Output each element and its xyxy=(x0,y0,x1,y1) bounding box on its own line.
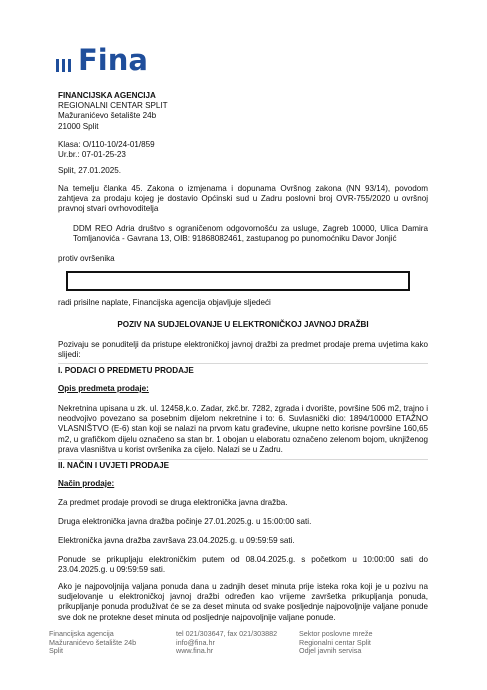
sender-unit: REGIONALNI CENTAR SPLIT xyxy=(58,101,168,111)
sale-paragraph-1: Za predmet prodaje provodi se druga elek… xyxy=(58,498,287,508)
redacted-debtor-box xyxy=(66,271,410,291)
creditor-paragraph: DDM REO Adria društvo s ograničenom odgo… xyxy=(73,224,428,244)
sender-street: Mažuranićevo šetalište 24b xyxy=(58,111,168,121)
purpose-text: radi prisilne naplate, Financijska agenc… xyxy=(58,298,271,308)
urbr: Ur.br.: 07-01-25-23 xyxy=(58,150,155,160)
footer-contact: tel 021/303647, fax 021/303882 info@fina… xyxy=(176,630,277,656)
section1-body: Nekretnina upisana u zk. ul. 12458,k.o. … xyxy=(58,404,428,455)
sale-paragraph-5: Ako je najpovoljnija valjana ponuda dana… xyxy=(58,582,428,623)
divider xyxy=(58,459,428,460)
section2-subheading: Način prodaje: xyxy=(58,479,114,489)
sender-city: 21000 Split xyxy=(58,122,168,132)
logo-bars-icon xyxy=(56,59,71,72)
against-label: protiv ovršenika xyxy=(58,254,115,264)
reference-block: Klasa: O/110-10/24-01/859 Ur.br.: 07-01-… xyxy=(58,140,155,160)
divider xyxy=(58,363,428,364)
section1-subheading: Opis predmeta prodaje: xyxy=(58,384,149,394)
footer-address: Financijska agencija Mažuranićevo šetali… xyxy=(49,630,136,656)
section1-heading: I. PODACI O PREDMETU PRODAJE xyxy=(58,366,194,376)
klasa: Klasa: O/110-10/24-01/859 xyxy=(58,140,155,150)
sale-paragraph-4: Ponude se prikupljaju elektroničkim pute… xyxy=(58,555,428,575)
footer-department: Sektor poslovne mreže Regionalni centar … xyxy=(299,630,373,656)
section2-heading: II. NAČIN I UVJETI PRODAJE xyxy=(58,461,169,471)
footer-division: Odjel javnih servisa xyxy=(299,647,373,656)
footer-city: Split xyxy=(49,647,136,656)
sender-block: FINANCIJSKA AGENCIJA REGIONALNI CENTAR S… xyxy=(58,91,168,132)
logo-wordmark: Fina xyxy=(78,46,148,74)
invitation-paragraph: Pozivaju se ponuditelji da pristupe elek… xyxy=(58,340,428,360)
document-date: Split, 27.01.2025. xyxy=(58,166,121,176)
fina-logo: Fina xyxy=(56,46,148,74)
sale-paragraph-2: Druga elektronička javna dražba počinje … xyxy=(58,517,311,527)
document-title: POZIV NA SUDJELOVANJE U ELEKTRONIČKOJ JA… xyxy=(58,320,428,330)
sender-name: FINANCIJSKA AGENCIJA xyxy=(58,91,168,101)
intro-paragraph: Na temelju članka 45. Zakona o izmjenama… xyxy=(58,184,428,215)
sale-paragraph-3: Elektronička javna dražba završava 23.04… xyxy=(58,536,295,546)
footer-website[interactable]: www.fina.hr xyxy=(176,647,277,656)
